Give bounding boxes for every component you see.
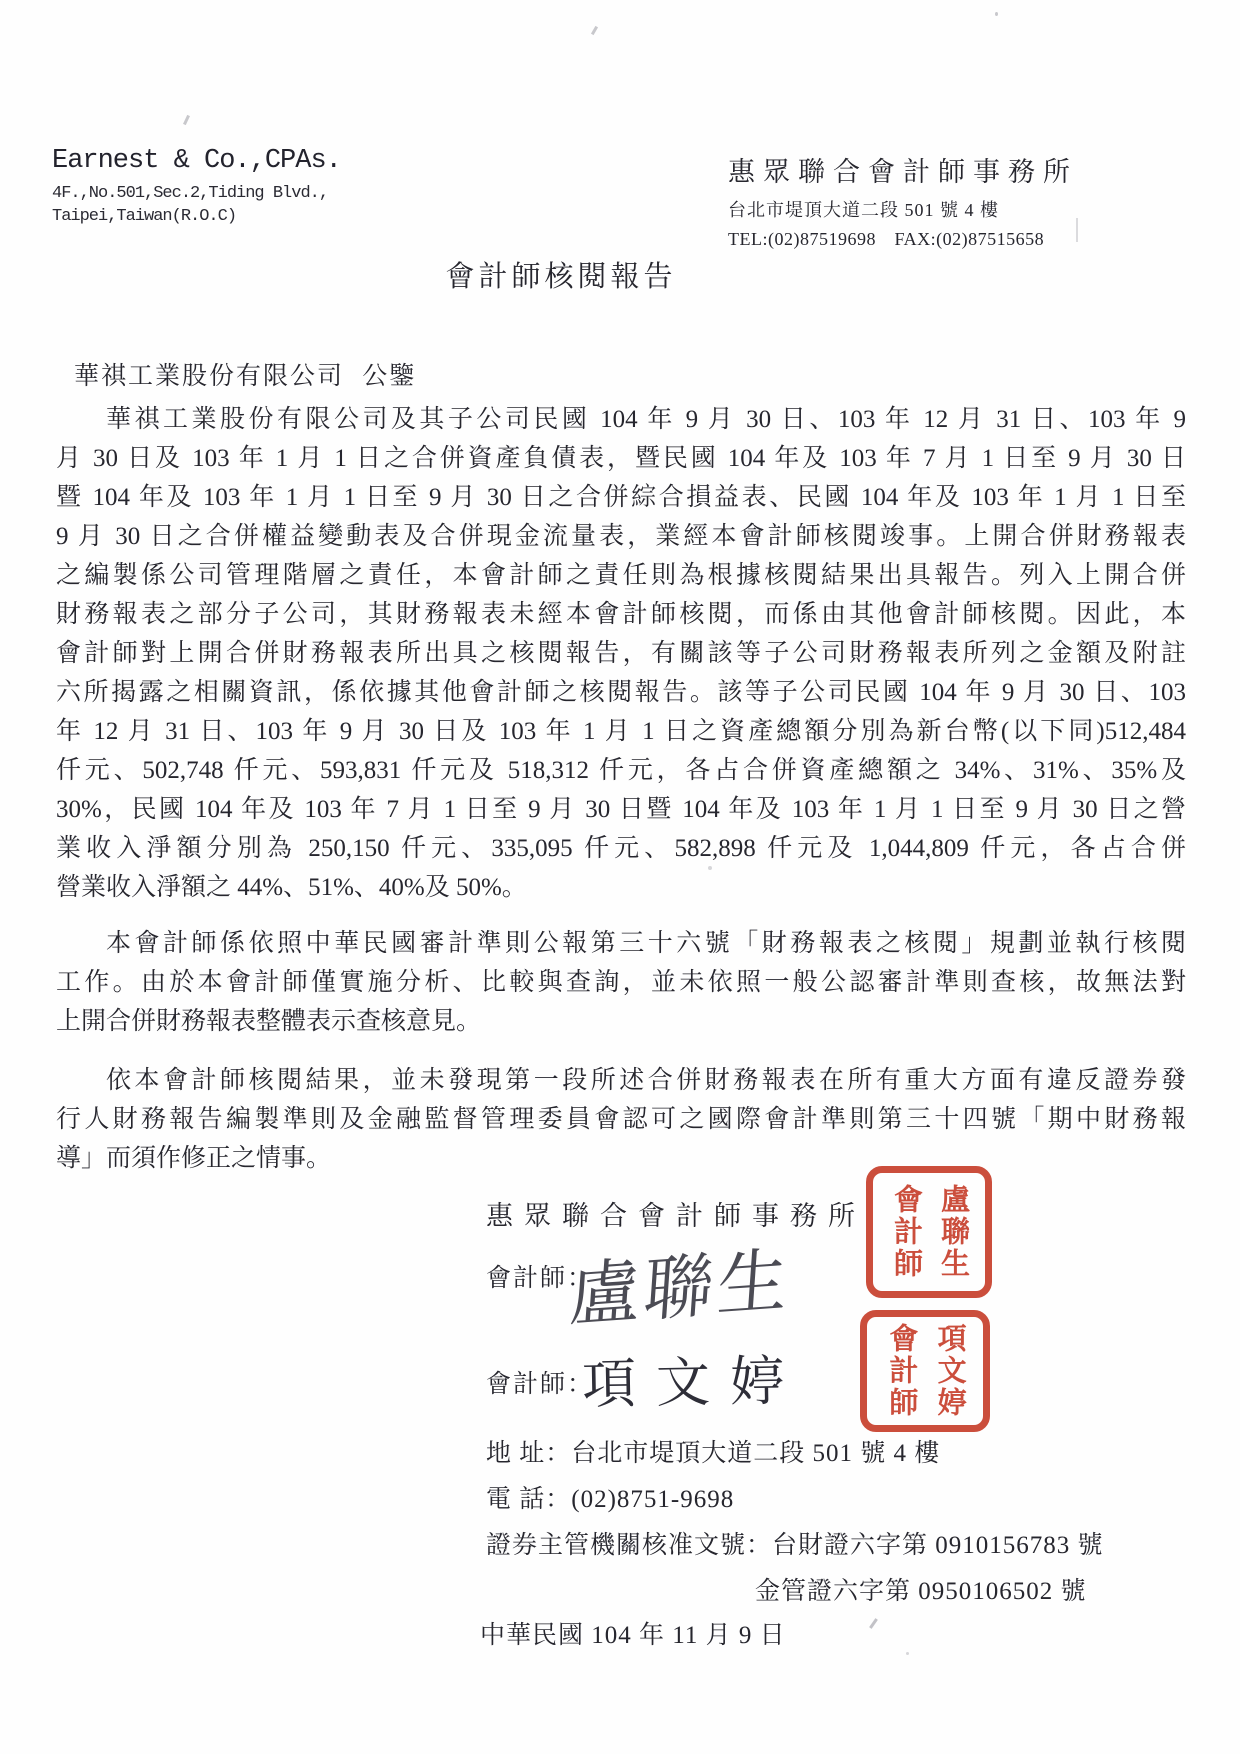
report-line: 導」而須作修正之情事。 — [56, 1139, 1186, 1178]
firm-name-english: Earnest & Co.,CPAs. — [52, 146, 341, 176]
addressee-line: 華祺工業股份有限公司 公鑒 — [74, 356, 416, 392]
scan-artifact — [183, 115, 190, 125]
report-line: 9 月 30 日之合併權益變動表及合併現金流量表，業經本會計師核閱竣事。上開合併… — [56, 517, 1186, 556]
seal-name-column: 項文婷 — [935, 1323, 964, 1419]
footer-address: 地 址：台北市堤頂大道二段 501 號 4 樓 — [486, 1433, 940, 1469]
report-line: 年 12 月 31 日、103 年 9 月 30 日及 103 年 1 月 1 … — [56, 712, 1186, 751]
report-line: 會計師對上開合併財務報表所出具之核閱報告，有關該等子公司財務報表所列之金額及附註 — [56, 634, 1186, 673]
scan-artifact — [995, 12, 998, 16]
seal-title-column: 會計師 — [886, 1323, 915, 1419]
firm-address-english: 4F.,No.501,Sec.2,Tiding Blvd., Taipei,Ta… — [52, 182, 341, 228]
report-line: 行人財務報告編製準則及金融監督管理委員會認可之國際會計準則第三十四號「期中財務報 — [56, 1100, 1186, 1139]
scanned-report-page: Earnest & Co.,CPAs. 4F.,No.501,Sec.2,Tid… — [0, 0, 1240, 1754]
report-line: 華祺工業股份有限公司及其子公司民國 104 年 9 月 30 日、103 年 1… — [56, 400, 1186, 439]
address-line-2: Taipei,Taiwan(R.O.C) — [52, 205, 341, 228]
cpa-seal-2: 項文婷 會計師 — [860, 1310, 990, 1432]
report-line: 暨 104 年及 103 年 1 月 1 日至 9 月 30 日之合併綜合損益表… — [56, 478, 1186, 517]
scan-artifact — [869, 1618, 878, 1629]
report-line: 業收入淨額分別為 250,150 仟元、335,095 仟元、582,898 仟… — [56, 829, 1186, 868]
paragraph-review-basis: 本會計師係依照中華民國審計準則公報第三十六號「財務報表之核閱」規劃並執行核閱 工… — [56, 924, 1186, 1041]
report-line: 財務報表之部分子公司，其財務報表未經本會計師核閱，而係由其他會計師核閱。因此，本 — [56, 595, 1186, 634]
scan-artifact — [906, 1652, 909, 1655]
report-title: 會計師核閱報告 — [445, 254, 676, 295]
footer-date: 中華民國 104 年 11 月 9 日 — [480, 1615, 786, 1651]
firm-address-chinese: 台北市堤頂大道二段 501 號 4 樓 — [728, 196, 1078, 222]
report-line: 工作。由於本會計師僅實施分析、比較與查詢，並未依照一般公認審計準則查核，故無法對 — [56, 963, 1186, 1002]
paragraph-conclusion: 依本會計師核閱結果，並未發現第一段所述合併財務報表在所有重大方面有違反證券發 行… — [56, 1061, 1186, 1178]
report-line: 月 30 日及 103 年 1 月 1 日之合併資產負債表，暨民國 104 年及… — [56, 439, 1186, 478]
report-line: 本會計師係依照中華民國審計準則公報第三十六號「財務報表之核閱」規劃並執行核閱 — [56, 924, 1186, 963]
footer-approval-number-2: 金管證六字第 0950106502 號 — [755, 1571, 1087, 1607]
footer-phone: 電 話：(02)8751-9698 — [486, 1479, 734, 1515]
firm-name-chinese: 惠眾聯合會計師事務所 — [728, 150, 1078, 189]
report-line: 依本會計師核閱結果，並未發現第一段所述合併財務報表在所有重大方面有違反證券發 — [56, 1061, 1186, 1100]
address-line-1: 4F.,No.501,Sec.2,Tiding Blvd., — [52, 182, 341, 205]
report-line: 30%，民國 104 年及 103 年 7 月 1 日至 9 月 30 日暨 1… — [56, 790, 1186, 829]
cpa-label-2: 會計師： — [486, 1364, 594, 1400]
cpa-signature-2: 項文婷 — [581, 1338, 804, 1419]
firm-tel-fax: TEL:(02)87519698 FAX:(02)87515658 — [728, 225, 1078, 251]
report-line: 上開合併財務報表整體表示查核意見。 — [56, 1002, 1186, 1041]
scan-artifact — [591, 26, 598, 35]
signature-firm-name: 惠眾聯合會計師事務所 — [486, 1194, 866, 1233]
cpa-seal-1: 盧聯生 會計師 — [866, 1166, 992, 1298]
report-line: 仟元、502,748 仟元、593,831 仟元及 518,312 仟元，各占合… — [56, 751, 1186, 790]
report-line: 之編製係公司管理階層之責任，本會計師之責任則為根據核閱結果出具報告。列入上開合併 — [56, 556, 1186, 595]
seal-title-column: 會計師 — [891, 1184, 920, 1280]
report-line: 營業收入淨額之 44%、51%、40%及 50%。 — [56, 868, 1186, 907]
footer-approval-number-1: 證券主管機關核准文號：台財證六字第 0910156783 號 — [486, 1525, 1104, 1561]
seal-name-column: 盧聯生 — [938, 1184, 967, 1280]
report-line: 六所揭露之相關資訊，係依據其他會計師之核閱報告。該等子公司民國 104 年 9 … — [56, 673, 1186, 712]
paragraph-scope: 華祺工業股份有限公司及其子公司民國 104 年 9 月 30 日、103 年 1… — [56, 400, 1186, 907]
letterhead-left: Earnest & Co.,CPAs. 4F.,No.501,Sec.2,Tid… — [52, 146, 341, 228]
letterhead-right: 惠眾聯合會計師事務所 台北市堤頂大道二段 501 號 4 樓 TEL:(02)8… — [728, 150, 1078, 251]
cpa-signature-1: 盧聯生 — [567, 1224, 796, 1341]
